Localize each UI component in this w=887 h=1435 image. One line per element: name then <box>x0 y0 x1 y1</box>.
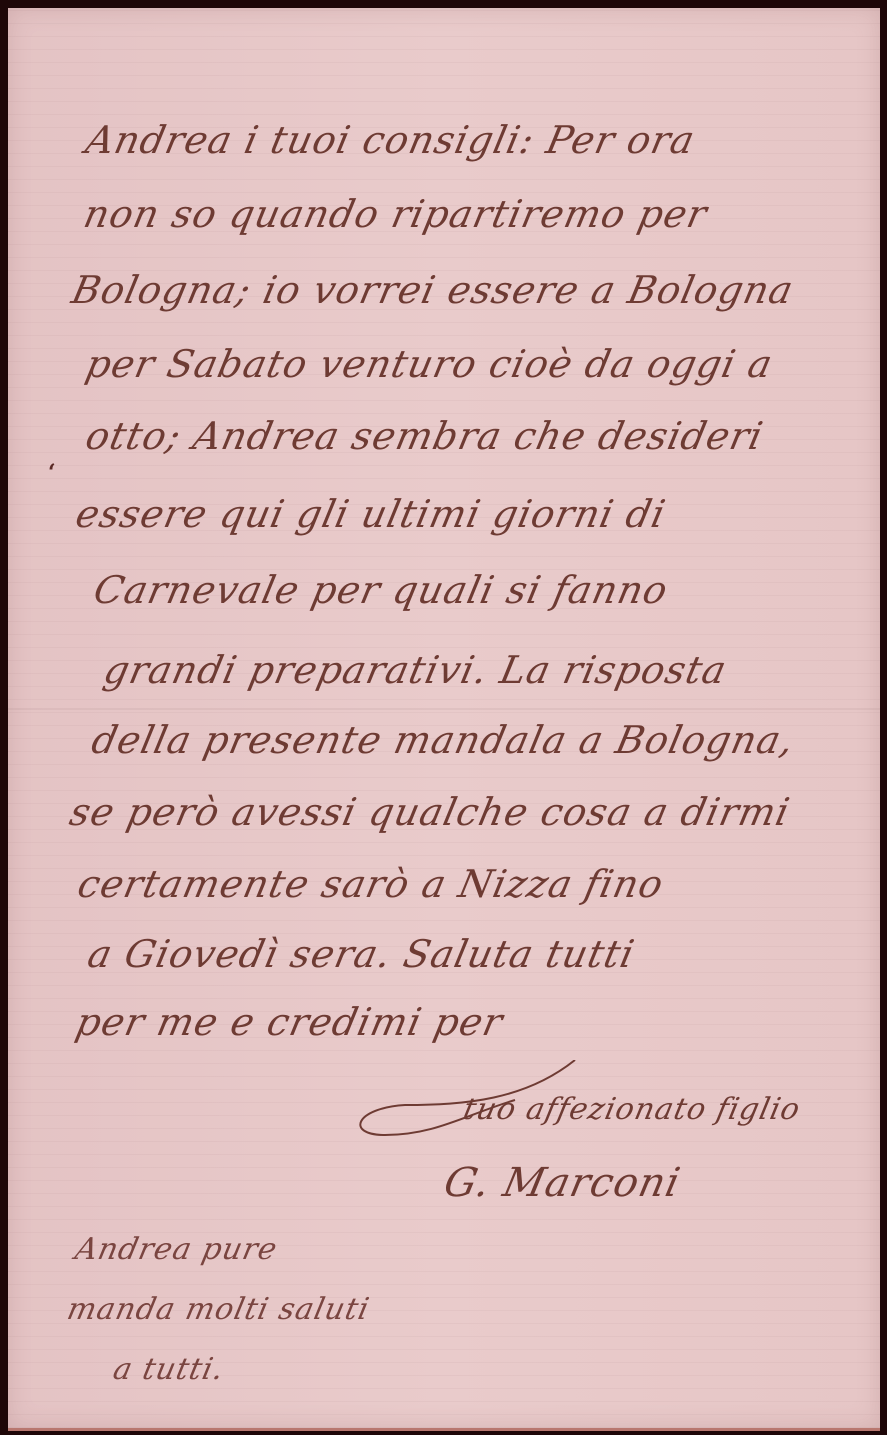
letter-line-2: non so quando ripartiremo per <box>80 192 711 236</box>
letter-line-12: a Giovedì sera. Saluta tutti <box>84 932 639 976</box>
closing-line: tuo affezionato figlio <box>460 1092 804 1127</box>
letter-line-1: Andrea i tuoi consigli: Per ora <box>82 118 699 162</box>
letter-line-7: Carnevale per quali si fanno <box>90 568 672 612</box>
letter-line-6: essere qui gli ultimi giorni di <box>72 492 670 536</box>
signature: G. Marconi <box>440 1160 685 1206</box>
letter-line-10: se però avessi qualche cosa a dirmi <box>66 790 794 834</box>
letter-line-3: Bologna; io vorrei essere a Bologna <box>68 268 798 312</box>
letter-line-8: grandi preparativi. La risposta <box>100 648 731 692</box>
document-frame: Andrea i tuoi consigli: Per ora non so q… <box>0 0 887 1435</box>
letter-line-13: per me e credimi per <box>72 1000 507 1044</box>
letter-line-4: per Sabato venturo cioè da oggi a <box>82 342 777 386</box>
paper-fold <box>8 708 880 710</box>
letter-line-9: della presente mandala a Bologna, <box>88 718 799 762</box>
letter-line-5: otto; Andrea sembra che desideri <box>82 414 767 458</box>
margin-mark: ‘ <box>48 460 56 486</box>
letter-line-11: certamente sarò a Nizza fino <box>74 862 668 906</box>
postscript-line-3: a tutti. <box>110 1352 227 1387</box>
postscript-line-2: manda molti saluti <box>64 1292 373 1327</box>
postscript-line-1: Andrea pure <box>72 1232 281 1267</box>
